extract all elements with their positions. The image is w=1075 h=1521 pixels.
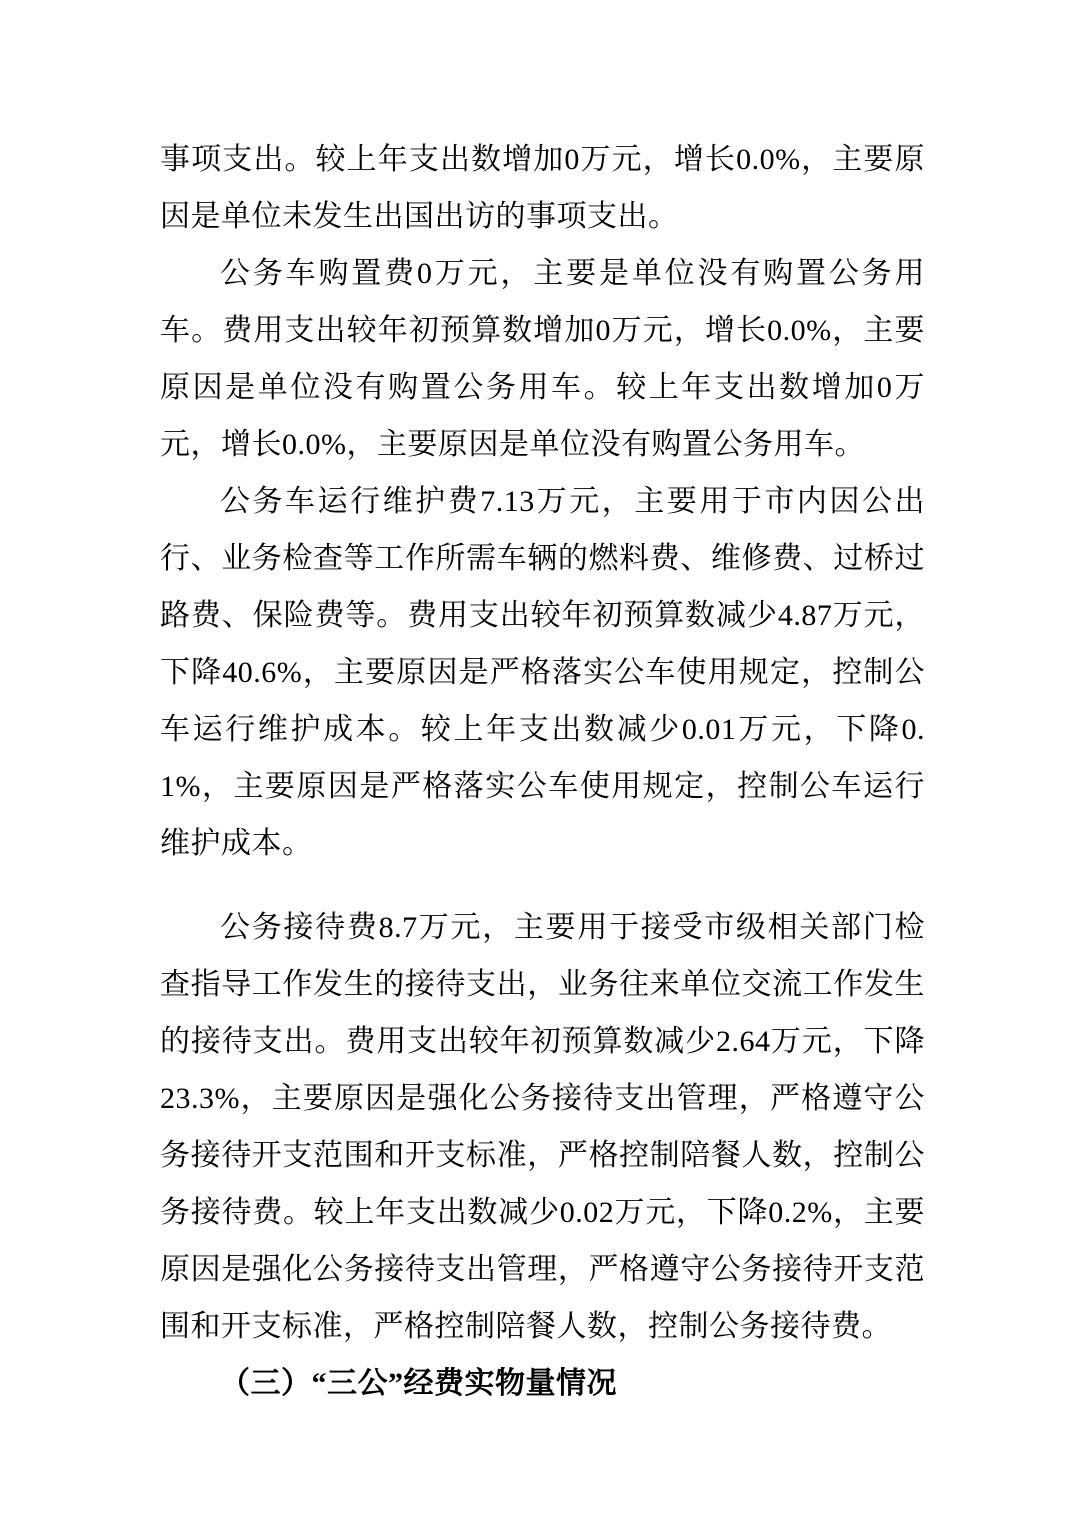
paragraph-abroad-trips-continuation: 事项支出。较上年支出数增加0万元，增长0.0%，主要原因是单位未发生出国出访的事… (160, 131, 925, 245)
paragraph-official-vehicle-maintenance: 公务车运行维护费7.13万元，主要用于市内因公出行、业务检查等工作所需车辆的燃料… (160, 473, 925, 872)
document-page: 事项支出。较上年支出数增加0万元，增长0.0%，主要原因是单位未发生出国出访的事… (0, 0, 1075, 1521)
paragraph-official-vehicle-purchase: 公务车购置费0万元，主要是单位没有购置公务用车。费用支出较年初预算数增加0万元，… (160, 245, 925, 473)
section-heading: （三）“三公”经费实物量情况 (160, 1355, 925, 1412)
paragraph-official-reception: 公务接待费8.7万元，主要用于接受市级相关部门检查指导工作发生的接待支出，业务往… (160, 899, 925, 1355)
